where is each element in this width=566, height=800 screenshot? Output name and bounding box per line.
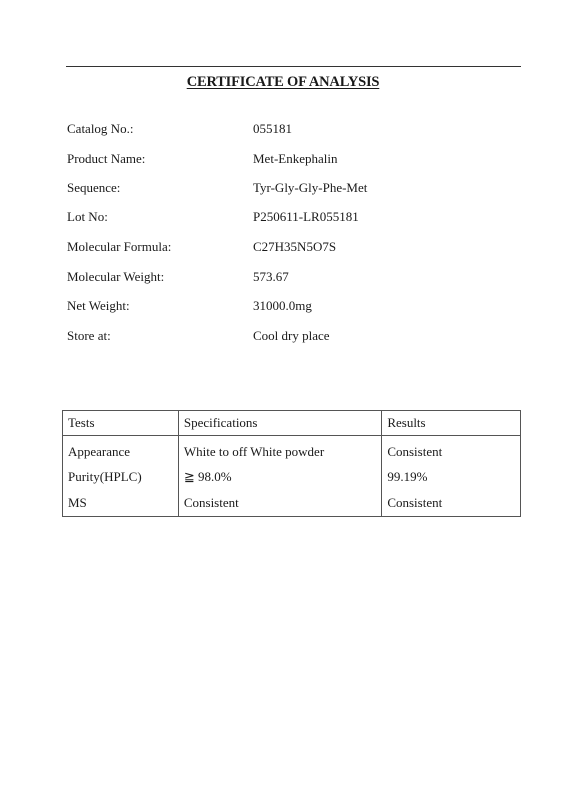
table-header-row: Tests Specifications Results bbox=[63, 411, 521, 436]
header-results: Results bbox=[382, 411, 521, 436]
header-tests: Tests bbox=[63, 411, 179, 436]
info-value: 573.67 bbox=[253, 269, 289, 285]
info-lot-no: Lot No: P250611-LR055181 bbox=[67, 209, 527, 229]
document-title: CERTIFICATE OF ANALYSIS bbox=[0, 74, 566, 91]
info-store-at: Store at: Cool dry place bbox=[67, 328, 527, 348]
cell-specification: ≧ 98.0% bbox=[178, 464, 381, 490]
table-row: Purity(HPLC) ≧ 98.0% 99.19% bbox=[63, 464, 521, 490]
tests-table: Tests Specifications Results Appearance … bbox=[62, 410, 521, 517]
cell-result: 99.19% bbox=[382, 464, 521, 490]
cell-specification: White to off White powder bbox=[178, 436, 381, 465]
info-value: Cool dry place bbox=[253, 328, 330, 344]
info-catalog-no: Catalog No.: 055181 bbox=[67, 121, 527, 141]
table-row: Appearance White to off White powder Con… bbox=[63, 436, 521, 465]
cell-test: Purity(HPLC) bbox=[63, 464, 179, 490]
cell-test: MS bbox=[63, 490, 179, 517]
info-net-weight: Net Weight: 31000.0mg bbox=[67, 298, 527, 318]
info-value: Tyr-Gly-Gly-Phe-Met bbox=[253, 180, 367, 196]
info-value: Met-Enkephalin bbox=[253, 151, 337, 167]
top-divider bbox=[66, 66, 521, 67]
cell-result: Consistent bbox=[382, 436, 521, 465]
info-label: Molecular Formula: bbox=[67, 239, 171, 255]
info-label: Molecular Weight: bbox=[67, 269, 164, 285]
table-row: MS Consistent Consistent bbox=[63, 490, 521, 517]
info-label: Store at: bbox=[67, 328, 111, 344]
info-value: C27H35N5O7S bbox=[253, 239, 336, 255]
info-label: Catalog No.: bbox=[67, 121, 133, 137]
info-label: Net Weight: bbox=[67, 298, 130, 314]
info-molecular-formula: Molecular Formula: C27H35N5O7S bbox=[67, 239, 527, 259]
info-label: Lot No: bbox=[67, 209, 108, 225]
cell-test: Appearance bbox=[63, 436, 179, 465]
info-label: Product Name: bbox=[67, 151, 145, 167]
cell-specification: Consistent bbox=[178, 490, 381, 517]
info-sequence: Sequence: Tyr-Gly-Gly-Phe-Met bbox=[67, 180, 527, 200]
cell-result: Consistent bbox=[382, 490, 521, 517]
info-value: P250611-LR055181 bbox=[253, 209, 359, 225]
info-product-name: Product Name: Met-Enkephalin bbox=[67, 151, 527, 171]
info-molecular-weight: Molecular Weight: 573.67 bbox=[67, 269, 527, 289]
info-value: 31000.0mg bbox=[253, 298, 312, 314]
header-specifications: Specifications bbox=[178, 411, 381, 436]
info-value: 055181 bbox=[253, 121, 292, 137]
info-label: Sequence: bbox=[67, 180, 120, 196]
